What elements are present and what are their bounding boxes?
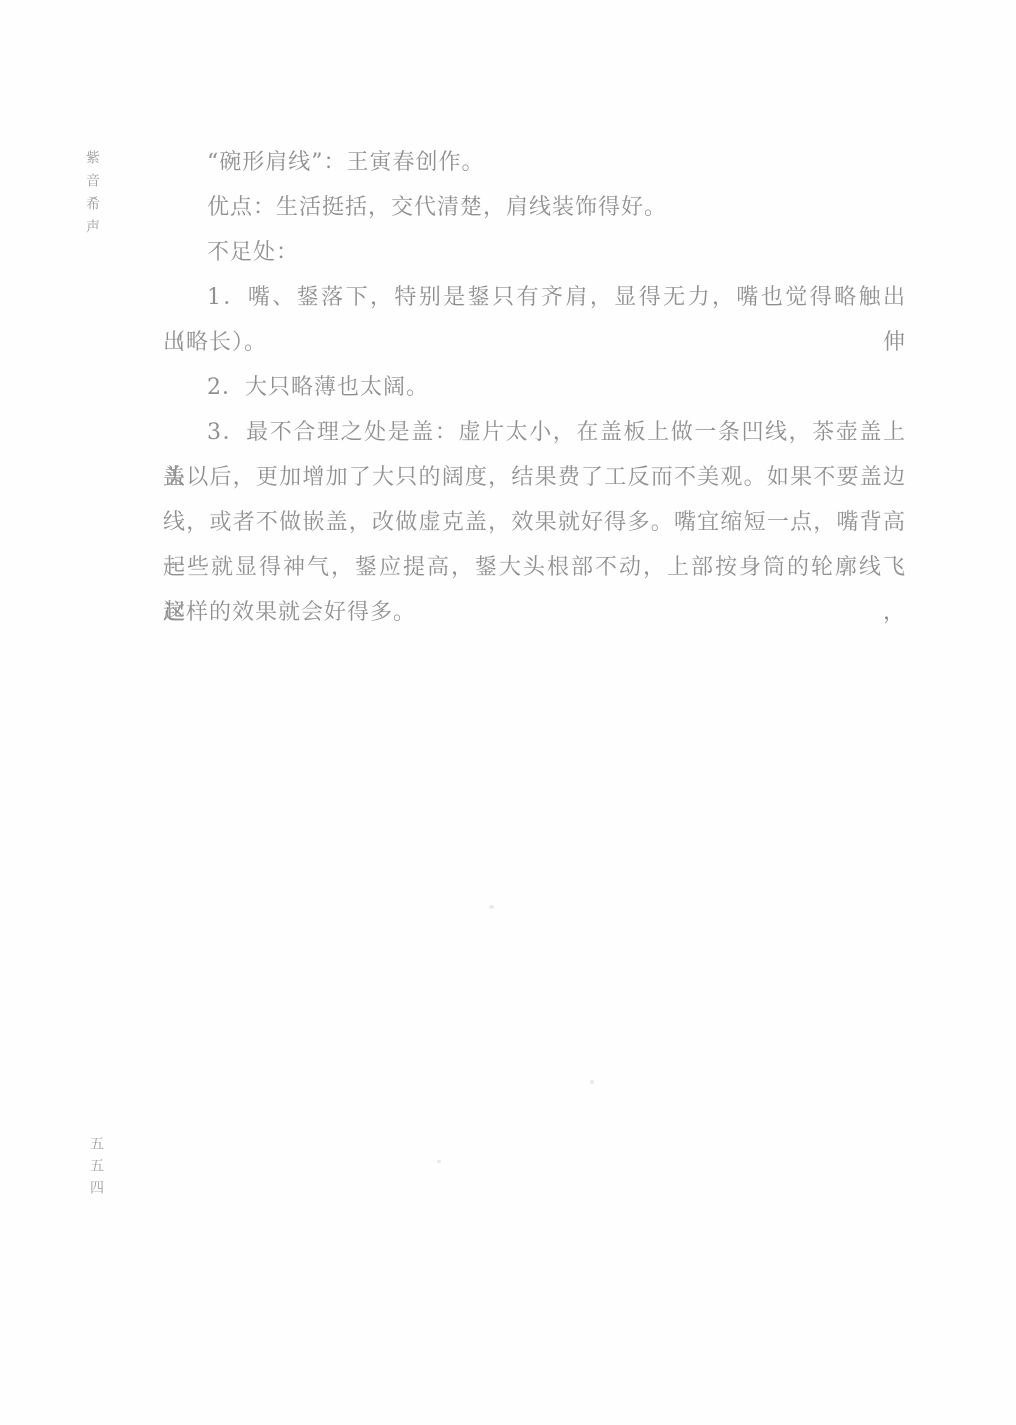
text-line: 3．最不合理之处是盖：虚片太小，在盖板上做一条凹线，茶壶盖上盖 — [163, 410, 906, 455]
text-line: 2．大只略薄也太阔。 — [163, 365, 906, 410]
scan-speck — [590, 1080, 594, 1084]
text-content: “碗形肩线”：王寅春创作。 优点：生活挺括，交代清楚，肩线装饰得好。 不足处： … — [163, 140, 906, 635]
text-line: 头以后，更加增加了大只的阔度，结果费了工反而不美观。如果不要盖边 — [163, 455, 906, 500]
text-line: 一些就显得神气，鋬应提高，鋬大头根部不动，上部按身筒的轮廓线飞起， — [163, 545, 906, 590]
text-line: 1．嘴、鋬落下，特别是鋬只有齐肩，显得无力，嘴也觉得略触出（伸 — [163, 275, 906, 320]
scan-speck — [489, 905, 494, 909]
text-line: 不足处： — [163, 230, 906, 275]
scan-speck — [437, 1160, 441, 1163]
book-page: 紫音希声 “碗形肩线”：王寅春创作。 优点：生活挺括，交代清楚，肩线装饰得好。 … — [0, 0, 1016, 1425]
book-title-vertical: 紫音希声 — [82, 150, 102, 242]
page-number-vertical: 五五四 — [86, 1136, 106, 1202]
text-line: 优点：生活挺括，交代清楚，肩线装饰得好。 — [163, 185, 906, 230]
text-line: “碗形肩线”：王寅春创作。 — [163, 140, 906, 185]
text-line: 线，或者不做嵌盖，改做虚克盖，效果就好得多。嘴宜缩短一点，嘴背高起 — [163, 500, 906, 545]
